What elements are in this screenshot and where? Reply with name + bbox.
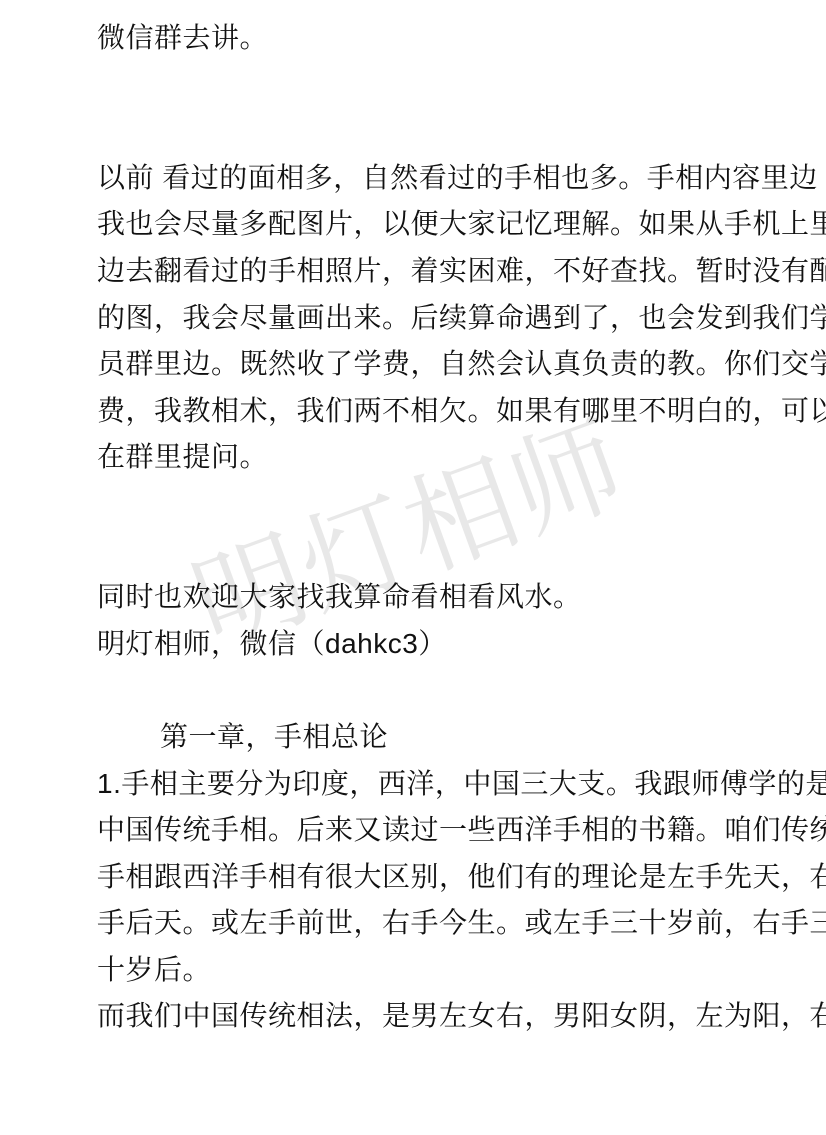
- text-line: 明灯相师，微信（dahkc3）: [97, 621, 736, 668]
- paragraph-welcome-contact: 同时也欢迎大家找我算命看相看风水。明灯相师，微信（dahkc3）: [97, 574, 736, 667]
- text-line: 手后天。或左手前世，右手今生。或左手三十岁前，右手三: [97, 900, 736, 947]
- text-line: 1.手相主要分为印度，西洋，中国三大支。我跟师傅学的是: [97, 761, 736, 808]
- text-line: 在群里提问。: [97, 434, 736, 481]
- text-line: 边去翻看过的手相照片，着实困难，不好查找。暂时没有配: [97, 248, 736, 295]
- document-body: 微信群去讲。以前 看过的面相多，自然看过的手相也多。手相内容里边我也会尽量多配图…: [0, 0, 826, 1135]
- text-line: 而我们中国传统相法，是男左女右，男阳女阴，左为阳，右: [97, 993, 736, 1040]
- text-line: 以前 看过的面相多，自然看过的手相也多。手相内容里边: [97, 155, 736, 202]
- text-line: 我也会尽量多配图片，以便大家记忆理解。如果从手机上里: [97, 201, 736, 248]
- text-line: 手相跟西洋手相有很大区别，他们有的理论是左手先天，右: [97, 854, 736, 901]
- text-line: 同时也欢迎大家找我算命看相看风水。: [97, 574, 736, 621]
- text-line: 费，我教相术，我们两不相欠。如果有哪里不明白的，可以: [97, 388, 736, 435]
- paragraph-wechat-group: 微信群去讲。: [97, 15, 736, 62]
- paragraph-teaching-method: 以前 看过的面相多，自然看过的手相也多。手相内容里边我也会尽量多配图片，以便大家…: [97, 155, 736, 481]
- text-line: 员群里边。既然收了学费，自然会认真负责的教。你们交学: [97, 341, 736, 388]
- text-line: 第一章，手相总论: [97, 714, 736, 761]
- paragraph-chinese-tradition: 而我们中国传统相法，是男左女右，男阳女阴，左为阳，右: [97, 993, 736, 1040]
- chapter-heading: 第一章，手相总论: [97, 714, 736, 761]
- paragraph-palmistry-schools: 1.手相主要分为印度，西洋，中国三大支。我跟师傅学的是中国传统手相。后来又读过一…: [97, 761, 736, 994]
- text-line: 的图，我会尽量画出来。后续算命遇到了，也会发到我们学: [97, 295, 736, 342]
- text-line: 十岁后。: [97, 947, 736, 994]
- text-line: 微信群去讲。: [97, 15, 736, 62]
- text-line: 中国传统手相。后来又读过一些西洋手相的书籍。咱们传统: [97, 807, 736, 854]
- document-page: { "page": { "background_color": "#ffffff…: [0, 0, 826, 1135]
